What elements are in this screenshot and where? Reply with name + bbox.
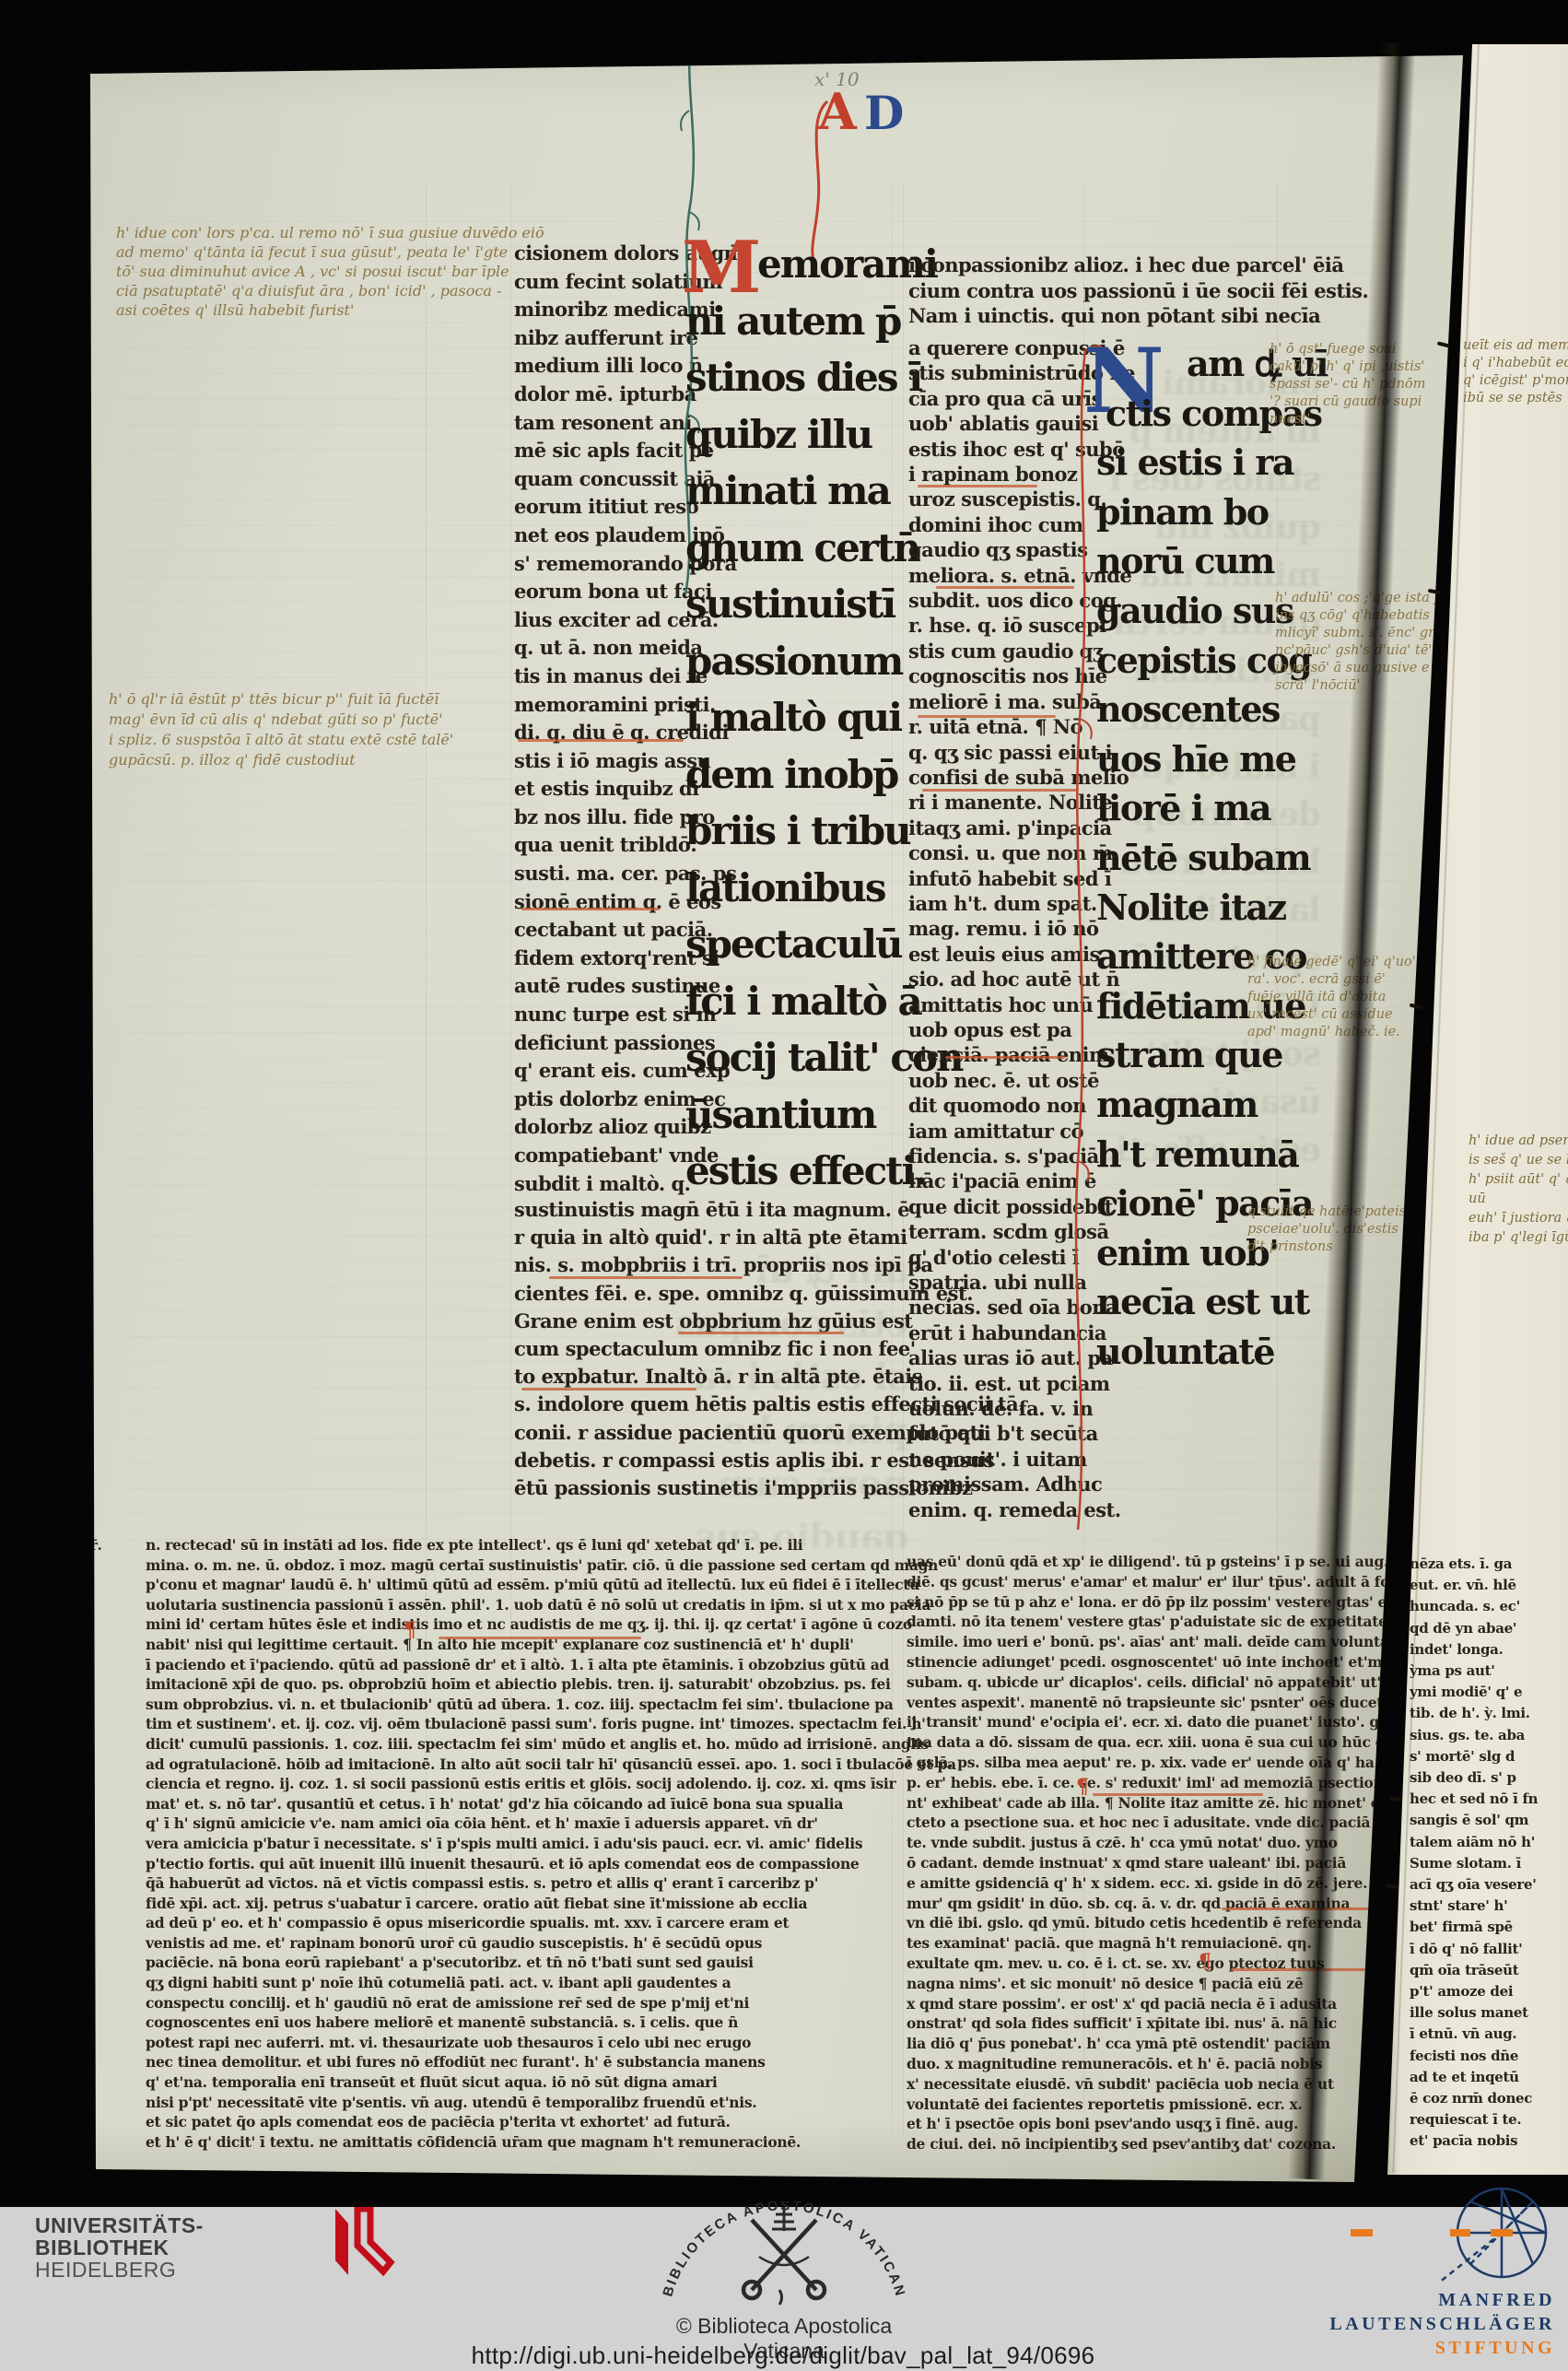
text-line: p'tectio fortis. qui aūt inuenit illū … [146, 1854, 883, 1874]
text-line: et estis inquibz di [514, 775, 698, 804]
text-line: n. rectecad' sū in instāti ad los. fid… [146, 1535, 883, 1555]
text-line: s. indolore quem hētis paltis estis eff… [514, 1391, 901, 1418]
text-line: r quia in altò quid'. r in altā pte ē… [514, 1224, 901, 1251]
text-line: conii. r assidue pacientiū quorū exemp… [514, 1419, 901, 1447]
text-line: h't remunā [1096, 1130, 1304, 1180]
red-underline [521, 908, 660, 910]
text-line: qua uenit tribldō. [514, 831, 698, 860]
text-line: imitacionē xp̄i de quo. ps. obprobziū … [146, 1674, 883, 1695]
text-line: requiescat ī te. [1410, 2109, 1568, 2130]
text-line: sius. gs. te. aba [1410, 1725, 1568, 1746]
pilcrow-mark: ¶ [404, 1618, 416, 1642]
pilcrow-mark: ¶ [1076, 1775, 1089, 1799]
bottom-margin-mark: r̄. [90, 1537, 102, 1554]
text-line: dolorbz alioz quibz [514, 1113, 698, 1142]
text-line: mat' et. s. nō tar'. qusantiū et cetus… [146, 1794, 883, 1814]
text-line: to expbatur. Inaltò ā. r in altā pte.… [514, 1363, 901, 1391]
text-line: cepistis cog [1096, 636, 1304, 686]
text-line: uū [1469, 1190, 1568, 1209]
column-b-gloss-wide: i'conpassionibz alioz. i hec due parcel'… [908, 252, 1286, 329]
red-underline [936, 586, 1074, 589]
text-line: ptis dolorbz enim ec [514, 1086, 698, 1114]
ub-heidelberg-logo-icon [321, 2207, 413, 2286]
text-line: fidem extorq'rent si [514, 945, 698, 973]
text-line: uoluntatē [1096, 1327, 1304, 1377]
text-line: ad ogratulacionē. hōib ad imitacionē.… [146, 1755, 883, 1775]
text-line: et h' ē q' dicit' ī textu. ne amittati… [146, 2132, 883, 2153]
footer-bar: UNIVERSITÄTS- BIBLIOTHEK HEIDELBERG BIBL… [0, 2207, 1568, 2371]
text-line: tō' sua diminuhut avice A , vc' si posu… [116, 262, 549, 281]
text-line: fidē xp̄i. act. xij. petrus s'uabatur i… [146, 1894, 883, 1914]
text-line: eut. er. vn̄. hlē [1410, 1575, 1568, 1596]
text-line: mini id' certam hūtes ēsle et indistis… [146, 1614, 883, 1635]
text-line: Sume slotam. ī [1410, 1853, 1568, 1874]
text-line: q' et'na. temporalia enī transeūt et f… [146, 2072, 883, 2093]
pilcrow-mark: ¶ [1199, 1950, 1211, 1974]
binding-stitch [1389, 1796, 1402, 1802]
text-line: ī paciendo et ī'paciendo. qūtū ad pa… [146, 1655, 883, 1675]
text-line: compatiebant' vnde [514, 1142, 698, 1170]
text-line: p'conu et magnar' laudū ē. h' ultimū … [146, 1575, 883, 1595]
text-line: quibz illu [685, 406, 902, 464]
text-line: mē sic apls facit pē [514, 437, 698, 465]
ml-line3: STIFTUNG [1329, 2336, 1555, 2360]
text-line: q' ī h' signū amicicie v'e. nam amici … [146, 1813, 883, 1834]
column-a-gloss-wide: sustinuistis magn̄ ētū i ita magnum. e… [514, 1196, 901, 1502]
text-line: passionum [685, 633, 902, 690]
text-line: iba p' q'legi īgū [1469, 1228, 1568, 1248]
text-line: estis effecti. [685, 1143, 902, 1200]
text-line: stinencie adiunget' pcedi. osgnoscentet'… [907, 1652, 1372, 1673]
text-line: diē. qs gcust' merus' e'amar' et malur'… [907, 1572, 1372, 1592]
text-line: qʒ digni habiti sunt p' noīe ihū cotum… [146, 1973, 883, 1993]
text-line: cium contra uos passionū i ūe socii fe… [908, 278, 1286, 304]
text-line: mag' ēvn īd cū alis q' ndebat gūti s… [109, 710, 532, 730]
text-line: h' psiit aūt' q' qupō [1469, 1170, 1568, 1190]
text-line: lius exciter ad cerā. [514, 606, 698, 635]
text-line: venistis ad me. et' rapinam bonorū uror… [146, 1933, 883, 1954]
text-line: socij talit' con [685, 1029, 902, 1086]
text-line: i spliz. 6 suspstōa ī altō āt statu … [109, 730, 532, 750]
text-line: uolutaria sustinencia passionū ī assē… [146, 1595, 883, 1615]
text-line: et sic patet q̄o apls comendat eos de pa… [146, 2112, 883, 2132]
text-line: di. q. diu ē q. credidi [514, 719, 698, 747]
text-line: spectaculū [685, 916, 902, 973]
text-line: p. er' hebis. ebe. ī. ce. se. s' reduxi… [907, 1773, 1372, 1793]
text-line: ad memo' q'tānta iā fecut ī sua gūsu… [116, 242, 549, 262]
text-line: nunc turpe est si m̄ [514, 1001, 698, 1029]
text-line: subdit i maltò. q. [514, 1170, 698, 1199]
text-line: i q' i'habebūt ec bon [1463, 355, 1568, 372]
text-line: ētū passionis sustinetis i'mppriis pas… [514, 1474, 901, 1502]
text-line: si estis i ra [1096, 438, 1304, 487]
margin-note-left-mid: h' ō ql'r iā ēstūt p' ttēs bicur p'… [109, 689, 532, 770]
text-line: ij. transit' mund' e'ocipia ei'. ecr. xi… [907, 1712, 1372, 1732]
source-url: http://digi.ub.uni-heidelberg.de/diglit/… [369, 2342, 1198, 2370]
text-line: is seš q' ue se hū ab h' [1469, 1151, 1568, 1170]
margin-note-left-top: h' idue con' lors p'ca. ul remo nō' ī … [116, 223, 549, 320]
text-line: nibz aufferunt ire [514, 324, 698, 353]
text-line: ad deū p' eo. et h' compassio ē opus m… [146, 1913, 883, 1933]
text-line: conspectu concilij. et h' gaudiū nō er… [146, 1993, 883, 2013]
text-line: cectabant ut paciā. [514, 916, 698, 945]
text-line: debetis. r compassi estis aplis ibi. r e… [514, 1447, 901, 1474]
text-line: cientes fēi. e. spe. omnibz q. gūissim… [514, 1280, 901, 1308]
text-line: ad te et inqetū [1410, 2067, 1568, 2088]
text-line: q̄ā habuerūt ad vīctos. nā et vīcti… [146, 1873, 883, 1894]
text-line: ciencia et regno. ij. coz. 1. si socii p… [146, 1774, 883, 1794]
text-line: sustinuistis magn̄ ētū i ita magnum. e… [514, 1196, 901, 1224]
text-line: liorē i ma [1096, 783, 1304, 833]
text-line: pinam bo [1096, 487, 1304, 537]
ub-line2: BIBLIOTHEK [35, 2236, 204, 2259]
text-line: s' rememorando pora [514, 550, 698, 579]
text-line: sib deo dī. s' p [1410, 1767, 1568, 1789]
bottom-commentary-col1: n. rectecad' sū in instāti ad los. fid… [146, 1535, 883, 2152]
text-line: gnum certn̄ [685, 520, 902, 577]
text-line: nec tinea demolitur. et ubi fures nō ef… [146, 2052, 883, 2072]
text-line: bz nos illu. fide pro [514, 804, 698, 832]
red-underline [922, 789, 1079, 792]
text-line: eorum bona ut faci [514, 578, 698, 606]
lautenschlaeger-wordmark: MANFRED LAUTENSCHLÄGER STIFTUNG [1329, 2288, 1555, 2360]
text-line: necīa est ut [1096, 1277, 1304, 1327]
ub-line3: HEIDELBERG [35, 2259, 204, 2281]
text-line: tim et sustinem'. et. ij. coz. vij. oēm… [146, 1714, 883, 1734]
text-line: gupācsū. p. illoz q' fidē custodiut [109, 750, 532, 770]
text-line: memoramini pristi. [514, 691, 698, 720]
text-line: q' icēgist' p'monitō' h' [1463, 372, 1568, 390]
binding-stitch [1387, 1884, 1399, 1889]
text-line: p't' amoze dei [1410, 1981, 1568, 2002]
text-line: ciā psatuptatē' q'a diuisfut āra , bo… [116, 281, 549, 300]
text-line: eorum ititiut reso [514, 493, 698, 522]
text-line: i'conpassionibz alioz. i hec due parcel'… [908, 252, 1286, 278]
ub-line1: UNIVERSITÄTS- [35, 2214, 204, 2236]
text-line: simile. imo ueri e' bonū. ps'. aīas' a… [907, 1632, 1372, 1652]
text-line: stinos dies ī [685, 349, 902, 406]
digitized-manuscript-viewer: { "header": { "pencil_note": "x' 10", "r… [0, 0, 1568, 2371]
text-line: et' pacīa nobis [1410, 2130, 1568, 2152]
text-line: magnam [1096, 1080, 1304, 1130]
ml-line2: LAUTENSCHLÄGER [1329, 2312, 1555, 2336]
red-underline [518, 739, 684, 742]
facing-page-note-mid: h' idue ad psenat'is seš q' ue se hū ab… [1469, 1132, 1568, 1248]
text-line: si nō p̄p se tū p ahz e' lona. er dō … [907, 1592, 1372, 1613]
text-line: ī gslā. ps. silba mea aeput' re. p. xi… [907, 1753, 1372, 1773]
text-line: sionē entim q. ē eos [514, 888, 698, 917]
text-line: bet' firmā spē [1410, 1917, 1568, 1938]
text-line: ỳma ps aut' [1410, 1661, 1568, 1682]
text-line: norū cum [1096, 536, 1304, 586]
text-line: ē coz nrm̄ donec [1410, 2088, 1568, 2109]
text-line: indet' longa. [1410, 1639, 1568, 1661]
text-line: Nam i uinctis. qui non pōtant sibi neci… [908, 303, 1286, 329]
text-line: hec et sed nō ī fn [1410, 1789, 1568, 1810]
text-line: minati ma [685, 463, 902, 520]
text-line: gaudio sus [1096, 586, 1304, 636]
text-line: sum obprobzius. vi. n. et tbulacionib' q… [146, 1695, 883, 1715]
text-line: h' idue con' lors p'ca. ul remo nō' ī … [116, 223, 549, 242]
text-line: net eos plaudem ipō [514, 522, 698, 550]
text-line: stis i iō magis assu [514, 747, 698, 776]
text-line: s' mortē' slg d [1410, 1746, 1568, 1767]
text-line: Nolite itaz [1096, 883, 1304, 933]
text-line: emorami [685, 236, 902, 293]
text-line: ī dō q' nō fallit' [1410, 1939, 1568, 1960]
red-underline [678, 1332, 844, 1334]
text-line: q. ut ā. non meida [514, 634, 698, 663]
red-underline [945, 1056, 1065, 1059]
text-line: dicit' cumulū passionis. 1. coz. iiii. … [146, 1734, 883, 1755]
text-line: h' idue ad psenat' [1469, 1132, 1568, 1151]
text-line: ymi modiē' q' e [1410, 1682, 1568, 1703]
text-line: susti. ma. cer. pas. ps [514, 860, 698, 888]
text-line: fecisti nos dn̄e [1410, 2046, 1568, 2067]
text-line: cognoscentes enī uos habere meliorē et… [146, 2013, 883, 2033]
text-line: cisionem dolors augm̄ [514, 240, 698, 268]
text-line: noscentes [1096, 685, 1304, 734]
column-a-biblical-text: emoramini autem p̄stinos dies īquibz il… [685, 236, 902, 1200]
column-a-gloss: cisionem dolors augm̄cum fecint solatium… [514, 240, 698, 1198]
manuscript-page: x' 10 A D h' idue con' lors p'ca. ul rem… [88, 55, 1463, 2182]
text-line: damti. nō ita tenem' vestere gtas' p'ad… [907, 1612, 1372, 1632]
text-line: subam. q. ubicde ur' dicaplos'. ceils. d… [907, 1673, 1372, 1693]
text-line: vera amicicia p'batur ī necessitate. s'… [146, 1834, 883, 1854]
text-line: nisi p'pt' necessitatē vite p'sentis. v… [146, 2093, 883, 2113]
facing-page-note-top: ueīt eis ad memo ĭi q' i'habebūt ec bo… [1463, 337, 1568, 407]
ub-heidelberg-wordmark: UNIVERSITÄTS- BIBLIOTHEK HEIDELBERG [35, 2214, 204, 2281]
red-underline [549, 1276, 743, 1279]
text-line: huncada. s. ec' [1410, 1596, 1568, 1617]
text-line: fci i maltò ā [685, 973, 902, 1030]
text-line: autē rudes sustinue [514, 972, 698, 1001]
text-line: dolor mē. ipturba [514, 381, 698, 409]
text-line: acī qʒ oīa vesere' [1410, 1874, 1568, 1896]
text-line: euh' ī justiora qd' [1469, 1209, 1568, 1228]
text-line: tis in manus dei te [514, 663, 698, 691]
red-underline [918, 485, 1037, 487]
text-line: ūsantium [685, 1086, 902, 1144]
text-line: i maltò qui [685, 689, 902, 746]
text-line: asi coētes q' illsū habebit furist' [116, 300, 549, 320]
red-underline [918, 715, 1056, 718]
text-line: medium illi loco n̄ [514, 352, 698, 381]
text-line: sustinuistī [685, 576, 902, 633]
lautenschlaeger-logo-icon [1351, 2176, 1568, 2288]
text-line: deficiunt passiones [514, 1029, 698, 1058]
text-line: nētē subam [1096, 833, 1304, 883]
text-line: quam concussit aiā [514, 465, 698, 494]
text-line: nēza ets. ī. ga [1410, 1554, 1568, 1575]
svg-text:BIBLIOTECA APOSTOLICA VATICANA: BIBLIOTECA APOSTOLICA VATICANA [645, 2201, 908, 2300]
ml-line1: MANFRED [1329, 2288, 1555, 2312]
text-line: cum fecint solatium [514, 268, 698, 297]
text-line: ni autem p̄ [685, 293, 902, 350]
text-line: lationibus [685, 860, 902, 917]
red-underline [439, 1637, 641, 1639]
text-line: dem inobp̄ [685, 746, 902, 804]
text-line: ille solus manet [1410, 2002, 1568, 2024]
text-line: minoribz medicami [514, 296, 698, 324]
text-line: ventes aspexit'. manentē nō trapsieunt… [907, 1693, 1372, 1713]
text-line: qm̄ oīa trāseūt [1410, 1960, 1568, 1981]
text-line: tam resonent ani [514, 409, 698, 438]
text-line: potest rapi nec auferri. mt. vi. thesaur… [146, 2033, 883, 2053]
text-line: uas eū' donū qdā et xp' ie diligend'.… [907, 1552, 1372, 1572]
red-underline [521, 1388, 696, 1391]
text-line: ī etnū. vn̄ aug. [1410, 2024, 1568, 2045]
text-line: qd dē yn abae' [1410, 1618, 1568, 1639]
text-line: q' erant eis. cum exp [514, 1057, 698, 1086]
text-line: tib. de h'. ỳ. lmi. [1410, 1703, 1568, 1724]
vatican-library-logo-icon: BIBLIOTECA APOSTOLICA VATICANA [645, 2201, 923, 2314]
text-line: uos hīe me [1096, 734, 1304, 784]
text-line: paciēcie. nā bona eorū rapiebant' a p… [146, 1953, 883, 1973]
running-title-letter-blue: D [864, 90, 904, 136]
text-line: tna data a dō. sissam de qua. ecr. xiii… [907, 1732, 1372, 1753]
text-line: ibū se se pstēs [1463, 390, 1568, 407]
text-line: talem aiām nō h' [1410, 1832, 1568, 1853]
text-line: sangis ē sol' qm [1410, 1810, 1568, 1831]
text-line: cum spectaculum omnibz fic i non fee' [514, 1335, 901, 1363]
text-line: stnt' stare' h' [1410, 1896, 1568, 1917]
text-line: mina. o. m. ne. ū. obdoz. ī moz. magū… [146, 1555, 883, 1576]
text-line: h' ō ql'r iā ēstūt p' ttēs bicur p'… [109, 689, 532, 710]
text-line: ueīt eis ad memo ĭ [1463, 337, 1568, 355]
facing-page-bottom-text: nēza ets. ī. gaeut. er. vn̄. hlēhunca… [1410, 1554, 1568, 2162]
text-line: briis i tribu [685, 803, 902, 860]
red-underline [1093, 1793, 1263, 1796]
